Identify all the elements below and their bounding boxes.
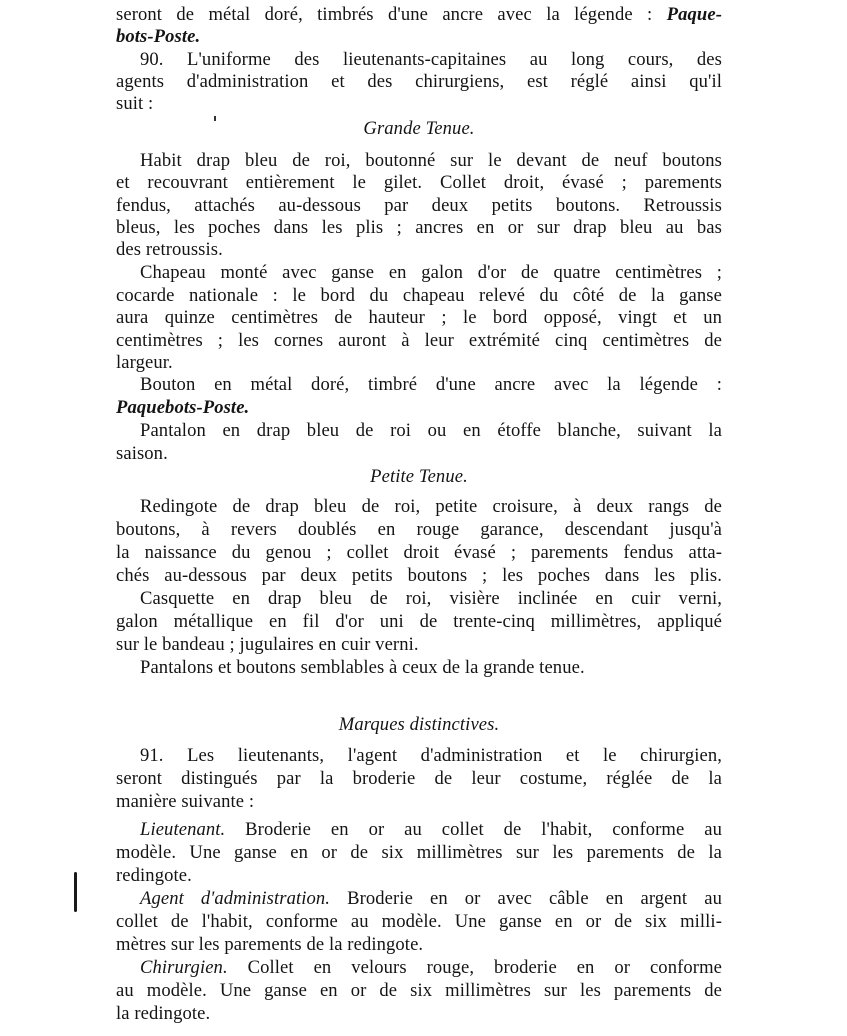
text-line: bots-Poste. bbox=[116, 26, 722, 48]
text-line: boutons, à revers doublés en rouge garan… bbox=[116, 519, 722, 541]
line-text: au modèle. Une ganse en or de six millim… bbox=[116, 980, 722, 1001]
line-text: cocarde nationale : le bord du chapeau r… bbox=[116, 285, 722, 306]
line-text: la naissance du genou ; collet droit éva… bbox=[116, 542, 722, 563]
line-text: seront de métal doré, timbrés d'une ancr… bbox=[116, 4, 667, 25]
line-text: boutons, à revers doublés en rouge garan… bbox=[116, 519, 722, 540]
rank-label: Lieutenant. bbox=[140, 819, 225, 840]
text-line: Agent d'administration. Broderie en or a… bbox=[116, 888, 722, 910]
text-line: saison. bbox=[116, 443, 722, 465]
text-line: seront de métal doré, timbrés d'une ancr… bbox=[116, 4, 722, 26]
text-line: la naissance du genou ; collet droit éva… bbox=[116, 542, 722, 564]
text-line: Pantalons et boutons semblables à ceux d… bbox=[116, 657, 722, 679]
text-line: suit : bbox=[116, 93, 722, 115]
section-heading: Marques distinctives. bbox=[116, 714, 722, 736]
text-line: 91. Les lieutenants, l'agent d'administr… bbox=[116, 745, 722, 767]
line-text: bleus, les poches dans les plis ; ancres… bbox=[116, 217, 722, 238]
text-line: redingote. bbox=[116, 865, 722, 887]
line-text: seront distingués par la broderie de leu… bbox=[116, 768, 722, 789]
line-text: Broderie en or au collet de l'habit, con… bbox=[225, 819, 722, 840]
line-text: des retroussis. bbox=[116, 239, 223, 260]
text-line: centimètres ; les cornes auront à leur e… bbox=[116, 330, 722, 352]
rank-label: Chirurgien. bbox=[140, 957, 228, 978]
text-line: et recouvrant entièrement le gilet. Coll… bbox=[116, 172, 722, 194]
text-line: Chirurgien. Collet en velours rouge, bro… bbox=[116, 957, 722, 979]
text-line: modèle. Une ganse en or de six millimètr… bbox=[116, 842, 722, 864]
line-text: 90. L'uniforme des lieutenants-capitaine… bbox=[140, 49, 722, 70]
line-text: fendus, attachés au-dessous par deux pet… bbox=[116, 195, 722, 216]
line-text: mètres sur les parements de la redingote… bbox=[116, 934, 423, 955]
line-text: Marques distinctives. bbox=[339, 714, 499, 735]
text-line: largeur. bbox=[116, 352, 722, 374]
line-text: Collet en velours rouge, broderie en or … bbox=[228, 957, 722, 978]
line-text: Petite Tenue. bbox=[370, 466, 468, 487]
line-text: aura quinze centimètres de hauteur ; le … bbox=[116, 307, 722, 328]
line-text: Pantalon en drap bleu de roi ou en étoff… bbox=[140, 420, 722, 441]
line-text: Chapeau monté avec ganse en galon d'or d… bbox=[140, 262, 722, 283]
line-text: sur le bandeau ; jugulaires en cuir vern… bbox=[116, 634, 419, 655]
text-line: manière suivante : bbox=[116, 791, 722, 813]
text-line: Paquebots-Poste. bbox=[116, 397, 722, 419]
line-text: Casquette en drap bleu de roi, visière i… bbox=[140, 588, 722, 609]
line-text: manière suivante : bbox=[116, 791, 254, 812]
line-text: largeur. bbox=[116, 352, 173, 373]
text-line: aura quinze centimètres de hauteur ; le … bbox=[116, 307, 722, 329]
text-line: chés au-dessous par deux petits boutons … bbox=[116, 565, 722, 587]
italic-legend: Paquebots-Poste. bbox=[116, 397, 249, 418]
text-line: au modèle. Une ganse en or de six millim… bbox=[116, 980, 722, 1002]
margin-bracket-mark bbox=[74, 872, 77, 912]
italic-legend: Paque- bbox=[667, 4, 722, 25]
line-text: Pantalons et boutons semblables à ceux d… bbox=[140, 657, 585, 678]
italic-legend: bots-Poste. bbox=[116, 26, 200, 47]
line-text: redingote. bbox=[116, 865, 192, 886]
rank-label: Agent d'administration. bbox=[140, 888, 330, 909]
text-line: agents d'administration et des chirurgie… bbox=[116, 71, 722, 93]
line-text: la redingote. bbox=[116, 1003, 210, 1024]
text-line: collet de l'habit, conforme au modèle. U… bbox=[116, 911, 722, 933]
line-text: Broderie en or avec câble en argent au bbox=[330, 888, 722, 909]
line-text: centimètres ; les cornes auront à leur e… bbox=[116, 330, 722, 351]
text-line: Pantalon en drap bleu de roi ou en étoff… bbox=[116, 420, 722, 442]
line-text: suit : bbox=[116, 93, 153, 114]
section-heading: Grande Tenue. bbox=[116, 118, 722, 140]
line-text: modèle. Une ganse en or de six millimètr… bbox=[116, 842, 722, 863]
text-line: bleus, les poches dans les plis ; ancres… bbox=[116, 217, 722, 239]
line-text: galon métallique en fil d'or uni de tren… bbox=[116, 611, 722, 632]
text-line: mètres sur les parements de la redingote… bbox=[116, 934, 722, 956]
ink-speck bbox=[214, 116, 216, 121]
line-text: Bouton en métal doré, timbré d'une ancre… bbox=[140, 374, 722, 395]
section-heading: Petite Tenue. bbox=[116, 466, 722, 488]
text-line: des retroussis. bbox=[116, 239, 722, 261]
line-text: collet de l'habit, conforme au modèle. U… bbox=[116, 911, 722, 932]
text-line: Redingote de drap bleu de roi, petite cr… bbox=[116, 496, 722, 518]
text-line: Chapeau monté avec ganse en galon d'or d… bbox=[116, 262, 722, 284]
line-text: Habit drap bleu de roi, boutonné sur le … bbox=[140, 150, 722, 171]
text-line: sur le bandeau ; jugulaires en cuir vern… bbox=[116, 634, 722, 656]
text-line: seront distingués par la broderie de leu… bbox=[116, 768, 722, 790]
text-line: fendus, attachés au-dessous par deux pet… bbox=[116, 195, 722, 217]
text-line: Bouton en métal doré, timbré d'une ancre… bbox=[116, 374, 722, 396]
text-line: Lieutenant. Broderie en or au collet de … bbox=[116, 819, 722, 841]
text-line: cocarde nationale : le bord du chapeau r… bbox=[116, 285, 722, 307]
text-line: Casquette en drap bleu de roi, visière i… bbox=[116, 588, 722, 610]
line-text: saison. bbox=[116, 443, 168, 464]
line-text: et recouvrant entièrement le gilet. Coll… bbox=[116, 172, 722, 193]
text-line: galon métallique en fil d'or uni de tren… bbox=[116, 611, 722, 633]
line-text: Redingote de drap bleu de roi, petite cr… bbox=[140, 496, 722, 517]
line-text: chés au-dessous par deux petits boutons … bbox=[116, 565, 722, 586]
text-line: la redingote. bbox=[116, 1003, 722, 1025]
line-text: agents d'administration et des chirurgie… bbox=[116, 71, 722, 92]
text-line: 90. L'uniforme des lieutenants-capitaine… bbox=[116, 49, 722, 71]
line-text: Grande Tenue. bbox=[363, 118, 474, 139]
text-line: Habit drap bleu de roi, boutonné sur le … bbox=[116, 150, 722, 172]
line-text: 91. Les lieutenants, l'agent d'administr… bbox=[140, 745, 722, 766]
